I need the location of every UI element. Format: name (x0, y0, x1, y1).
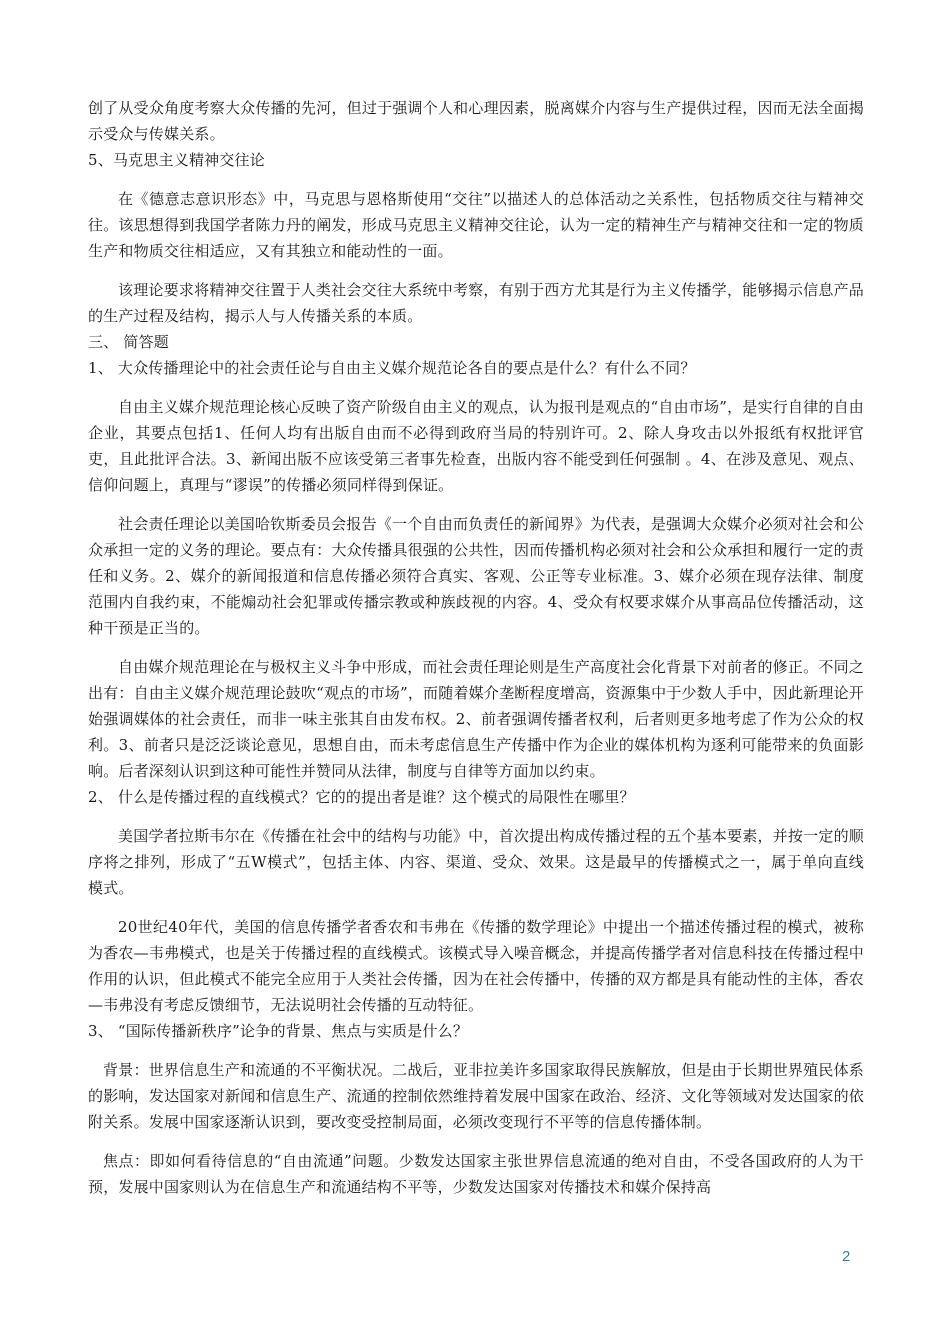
section-heading-short-answer: 三、 简答题 (88, 329, 864, 355)
paragraph: 自由媒介规范理论在与极权主义斗争中形成，而社会责任理论则是生产高度社会化背景下对… (88, 654, 864, 784)
question-2: 2、 什么是传播过程的直线模式？它的的提出者是谁？这个模式的局限性在哪里？ (88, 784, 864, 810)
heading-marxist-communication: 5、马克思主义精神交往论 (88, 147, 864, 173)
paragraph-continuation: 创了从受众角度考察大众传播的先河，但过于强调个人和心理因素，脱离媒介内容与生产提… (88, 95, 864, 147)
question-3: 3、 “国际传播新秩序”论争的背景、焦点与实质是什么？ (88, 1018, 864, 1044)
paragraph: 20世纪40年代，美国的信息传播学者香农和韦弗在《传播的数学理论》中提出一个描述… (88, 914, 864, 1018)
paragraph: 在《德意志意识形态》中，马克思与恩格斯使用“交往”以描述人的总体活动之关系性，包… (88, 186, 864, 264)
paragraph: 社会责任理论以美国哈钦斯委员会报告《一个自由而负责任的新闻界》为代表，是强调大众… (88, 511, 864, 641)
question-1: 1、 大众传播理论中的社会责任论与自由主义媒介规范论各自的要点是什么？有什么不同… (88, 355, 864, 381)
page-number: 2 (842, 1248, 850, 1265)
paragraph: 美国学者拉斯韦尔在《传播在社会中的结构与功能》中，首次提出构成传播过程的五个基本… (88, 823, 864, 901)
paragraph-background: 背景：世界信息生产和流通的不平衡状况。二战后，亚非拉美许多国家取得民族解放，但是… (88, 1057, 864, 1135)
paragraph-focus: 焦点：即如何看待信息的“自由流通”问题。少数发达国家主张世界信息流通的绝对自由，… (88, 1148, 864, 1200)
paragraph: 该理论要求将精神交往置于人类社会交往大系统中考察，有别于西方尤其是行为主义传播学… (88, 277, 864, 329)
document-page: 创了从受众角度考察大众传播的先河，但过于强调个人和心理因素，脱离媒介内容与生产提… (88, 95, 864, 1200)
paragraph: 自由主义媒介规范理论核心反映了资产阶级自由主义的观点，认为报刊是观点的“自由市场… (88, 394, 864, 498)
